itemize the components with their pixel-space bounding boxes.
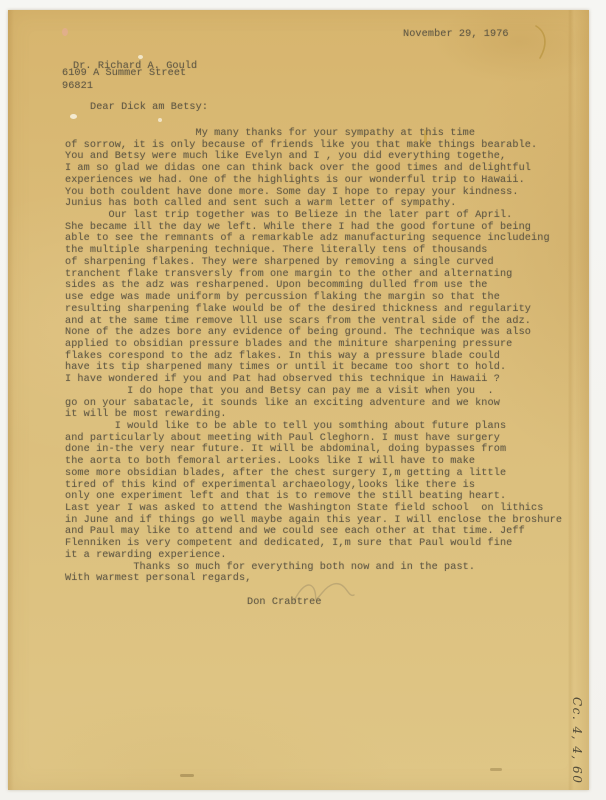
paper-speck [490, 768, 502, 771]
letter-body: My many thanks for your sympathy at this… [65, 128, 562, 585]
letter-page: November 29, 1976 Dr. Richard A. Gould 6… [8, 10, 589, 790]
signature-name: Don Crabtree [247, 597, 322, 608]
recipient-zip: 96821 [62, 82, 93, 92]
recipient-street: 6109 A Summer Street [62, 69, 186, 79]
salutation: Dear Dick am Betsy: [90, 102, 208, 113]
paper-speck [158, 118, 162, 122]
letter-date: November 29, 1976 [403, 29, 509, 40]
pen-mark [528, 22, 556, 62]
archival-annotation: Cc. 4, 4, 60 [570, 697, 584, 784]
paper-speck [138, 55, 143, 59]
paper-speck [62, 28, 68, 36]
paper-speck [180, 774, 194, 777]
scan-background: November 29, 1976 Dr. Richard A. Gould 6… [0, 0, 606, 800]
paper-speck [70, 114, 77, 119]
